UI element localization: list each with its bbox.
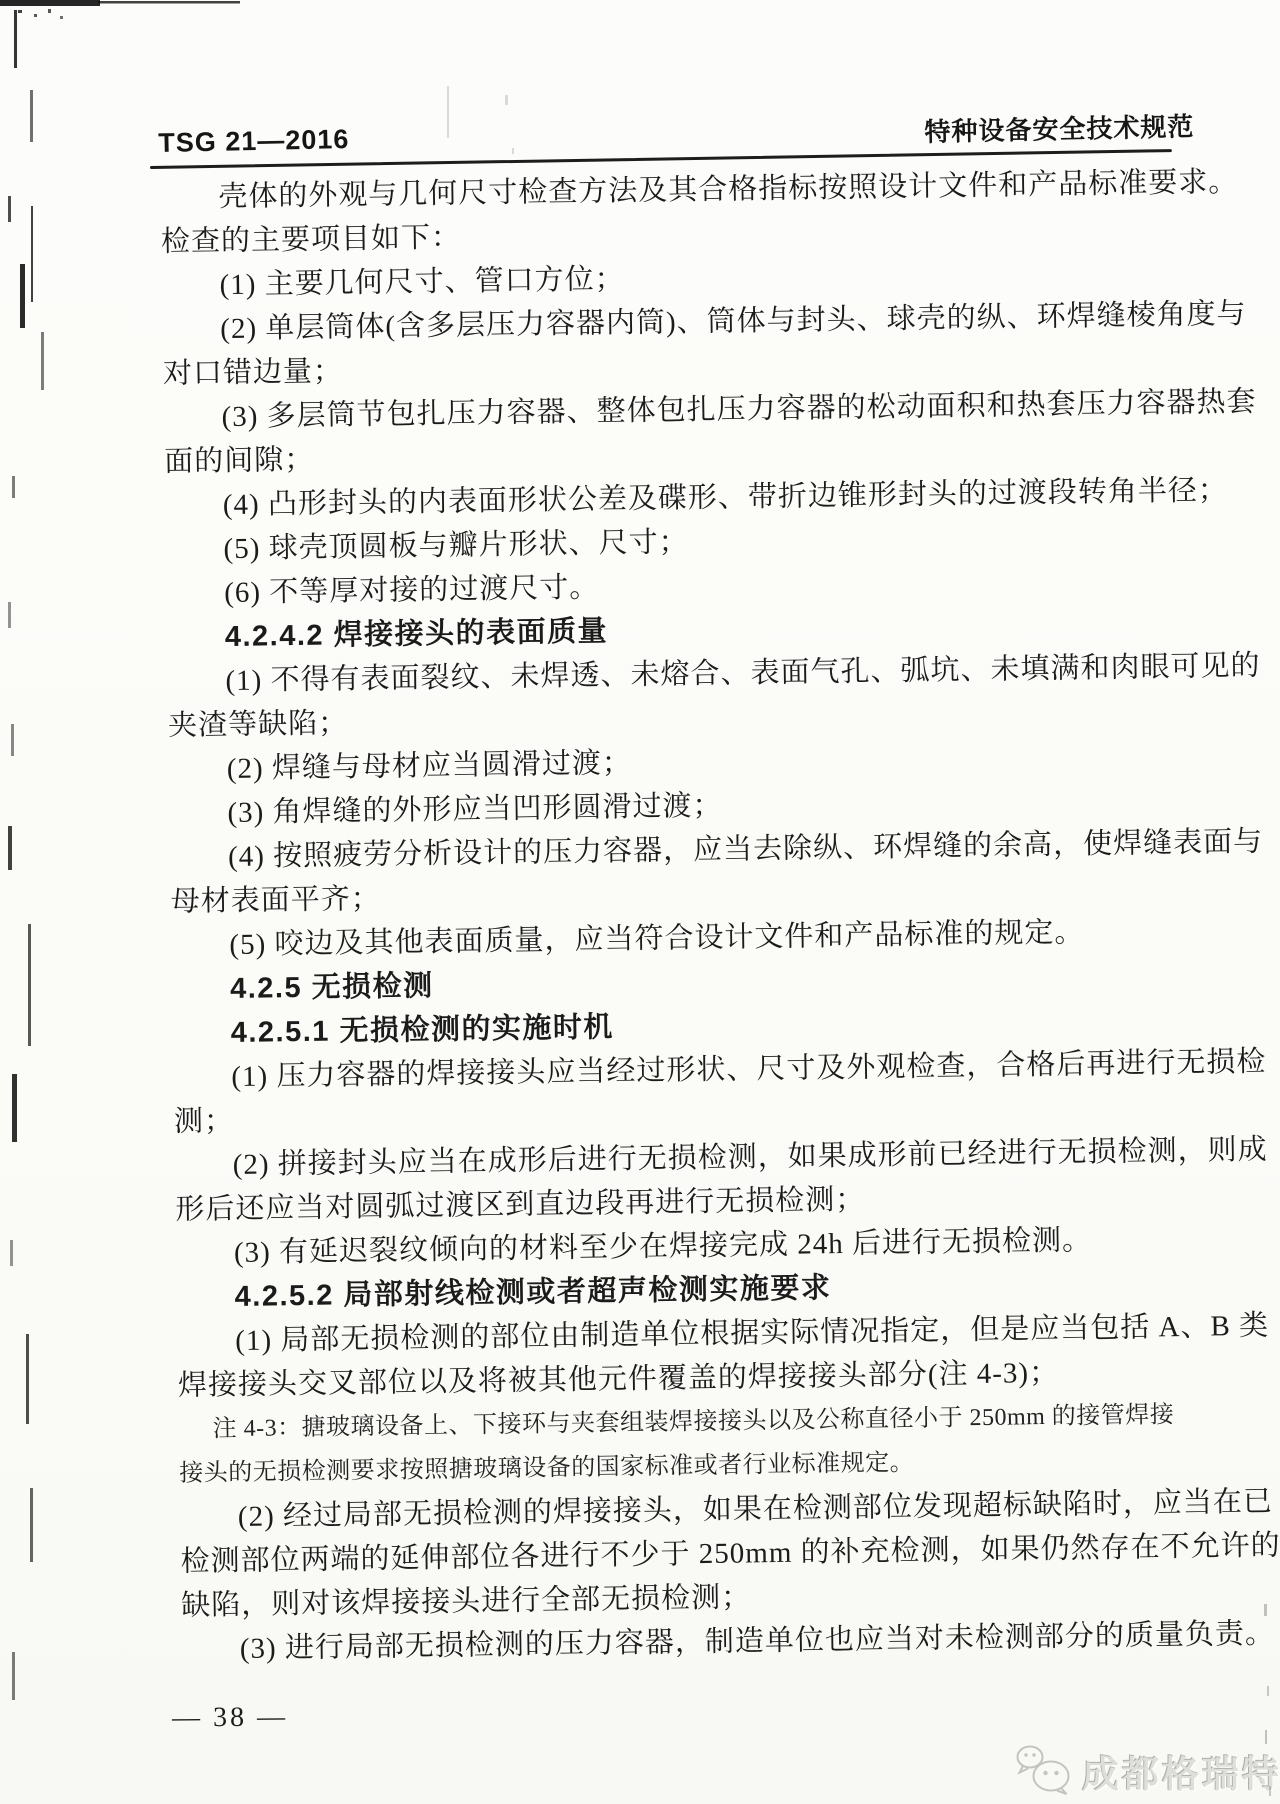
- wechat-icon: [1016, 1745, 1074, 1797]
- page-number: — 38 —: [172, 1701, 288, 1734]
- document-page: TSG 21—2016 特种设备安全技术规范 壳体的外观与几何尺寸检查方法及其合…: [0, 0, 1280, 1804]
- header-spec-title: 特种设备安全技术规范: [924, 106, 1195, 149]
- watermark: 成都格瑞特: [1016, 1744, 1280, 1798]
- watermark-label: 成都格瑞特: [1082, 1744, 1280, 1798]
- body-text-block: 壳体的外观与几何尺寸检查方法及其合格指标按照设计文件和产品标准要求。 检查的主要…: [160, 160, 1242, 1672]
- header-doc-code: TSG 21—2016: [158, 124, 350, 159]
